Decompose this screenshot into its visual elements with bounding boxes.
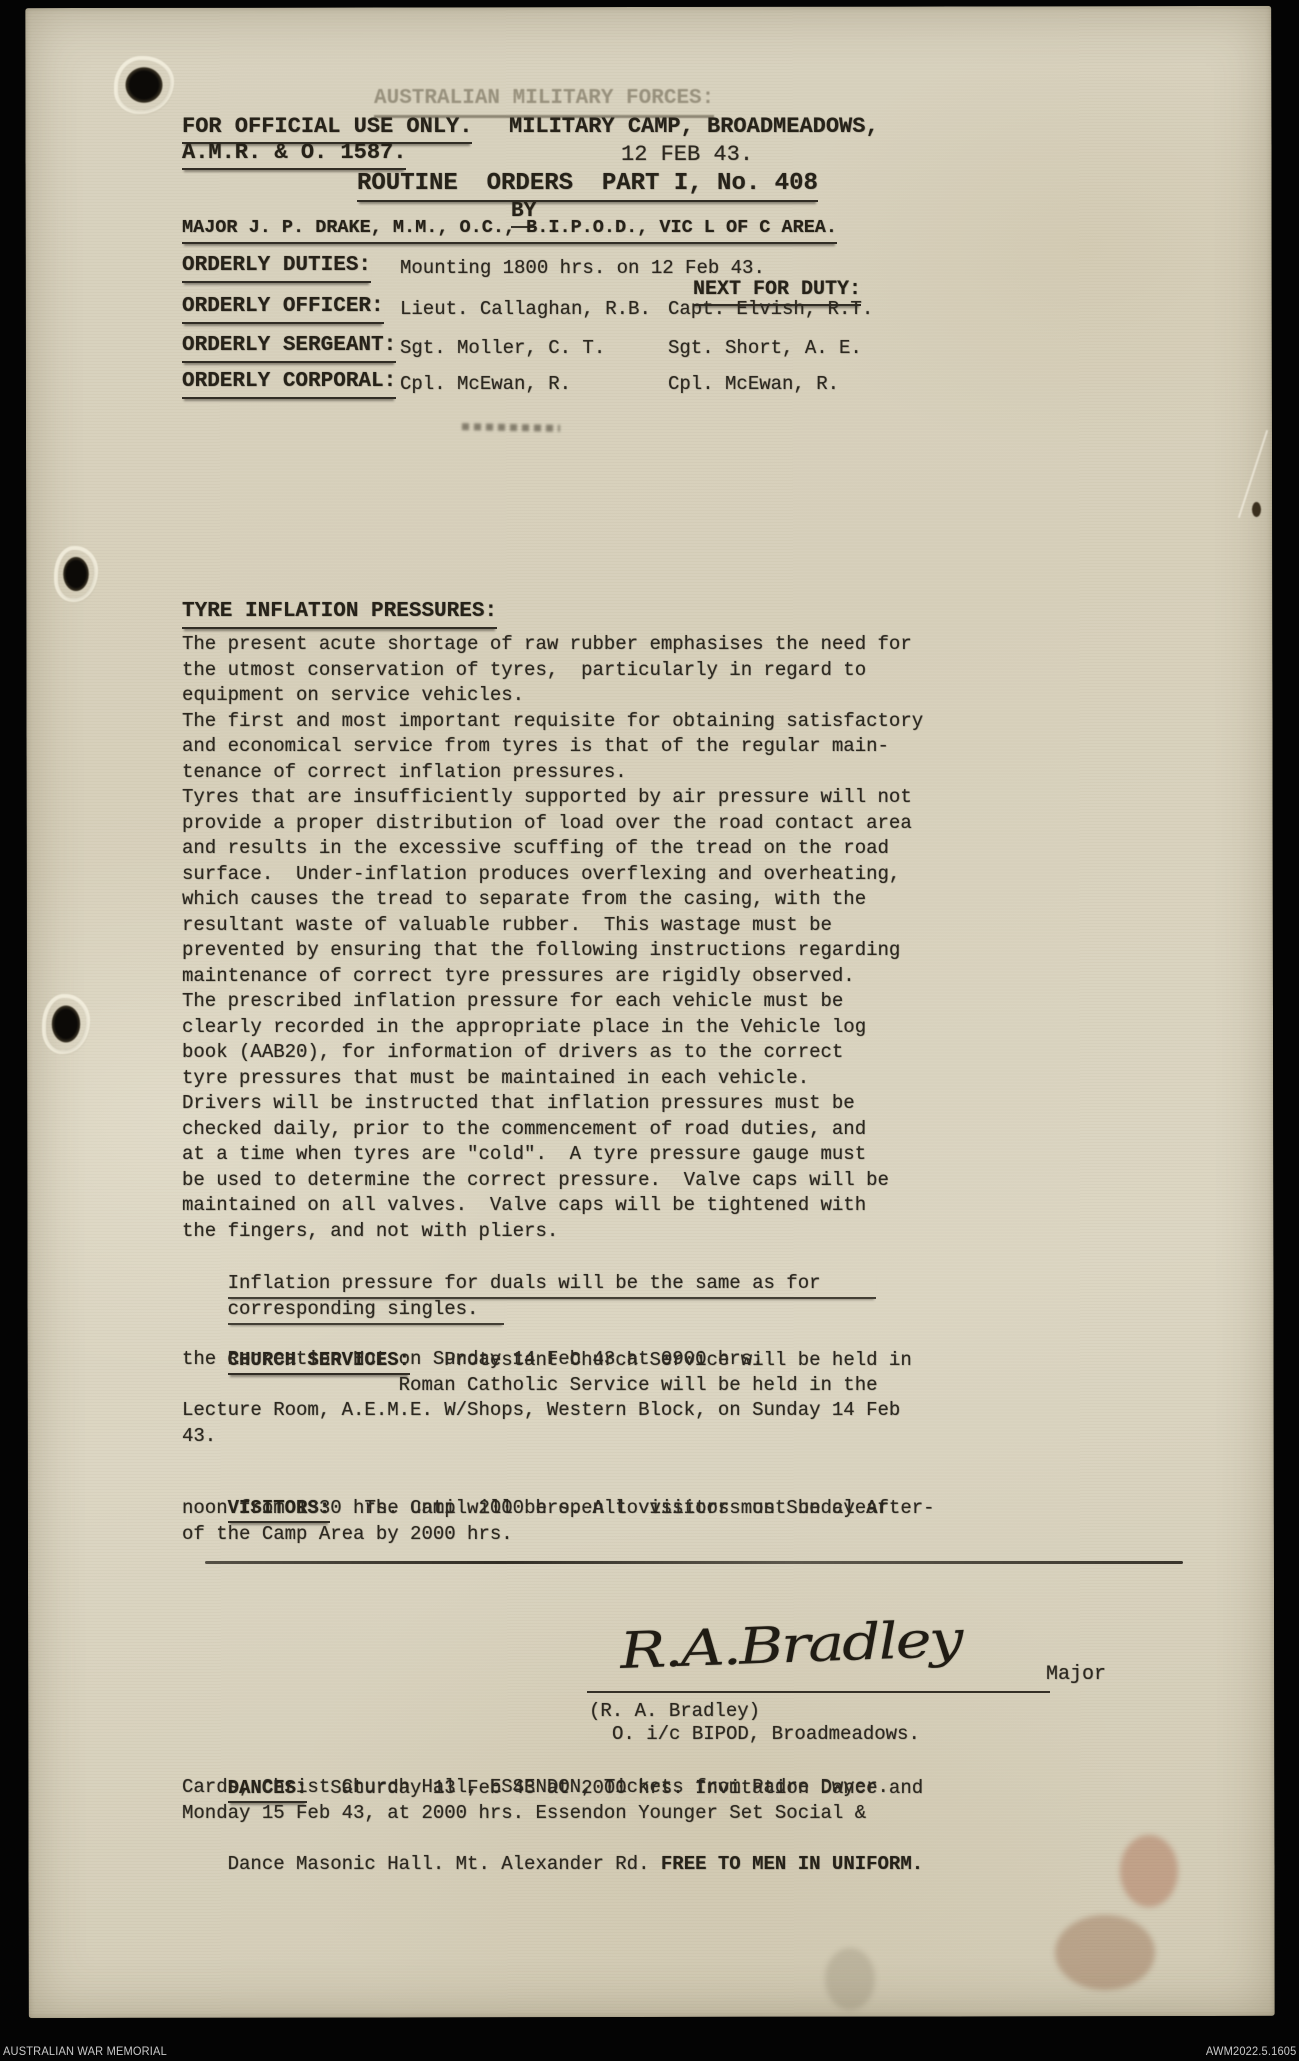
divider-rule xyxy=(205,1561,1183,1564)
text-line: noon from 1330 hrs. until 2000 hrs. All … xyxy=(182,1496,889,1522)
camp-name: MILITARY CAMP, BROADMEADOWS, xyxy=(509,113,879,140)
text-line: tenance of correct inflation pressures. xyxy=(182,760,923,786)
order-date: 12 FEB 43. xyxy=(621,141,753,168)
text-line: provide a proper distribution of load ov… xyxy=(182,811,923,837)
tyre-section-body: The present acute shortage of raw rubber… xyxy=(182,632,923,1244)
text-line: of the Camp Area by 2000 hrs. xyxy=(182,1522,889,1548)
signature-unit: O. i/c BIPOD, Broadmeadows. xyxy=(612,1722,920,1748)
paper-speck xyxy=(1252,502,1261,517)
text-line: The first and most important requisite f… xyxy=(182,709,923,735)
text-line: 43. xyxy=(182,1424,900,1450)
signature-rank: Major xyxy=(1046,1662,1106,1687)
issuing-officer-line: MAJOR J. P. DRAKE, M.M., O.C., B.I.P.O.D… xyxy=(182,216,837,244)
text-line: maintenance of correct tyre pressures ar… xyxy=(182,964,923,990)
signature-script: R.A.Bradley xyxy=(618,1610,962,1680)
text-line: which causes the tread to separate from … xyxy=(182,887,923,913)
text-line: Monday 15 Feb 43, at 2000 hrs. Essendon … xyxy=(182,1801,889,1827)
duty-row-current: Cpl. McEwan, R. xyxy=(400,372,571,398)
duty-row-label: ORDERLY SERGEANT: xyxy=(182,333,396,363)
text-line: clearly recorded in the appropriate plac… xyxy=(182,1015,923,1041)
text-line: The present acute shortage of raw rubber… xyxy=(182,632,923,658)
text-line: Lecture Room, A.E.M.E. W/Shops, Western … xyxy=(182,1398,900,1424)
text-line: maintained on all valves. Valve caps wil… xyxy=(182,1193,923,1219)
free-to-men-in-uniform: FREE TO MEN IN UNIFORM. xyxy=(661,1853,923,1875)
text-line: be used to determine the correct pressur… xyxy=(182,1168,923,1194)
signature-rule xyxy=(587,1691,1050,1693)
duty-row-current: Sgt. Moller, C. T. xyxy=(400,336,605,362)
text-line: the utmost conservation of tyres, partic… xyxy=(182,658,923,684)
text-line: The prescribed inflation pressure for ea… xyxy=(182,989,923,1015)
stain xyxy=(1120,1835,1178,1907)
emphasized-text: corresponding singles. xyxy=(228,1297,505,1326)
archive-institution-caption: AUSTRALIAN WAR MEMORIAL xyxy=(3,2044,167,2058)
orderly-duties-label: ORDERLY DUTIES: xyxy=(182,253,371,283)
text-line: surface. Under-inflation produces overfl… xyxy=(182,862,923,888)
text-line: the Recreation Hut on Sunday 14 Feb 43 a… xyxy=(182,1347,900,1373)
text-line: book (AAB20), for information of drivers… xyxy=(182,1040,923,1066)
text-line: Roman Catholic Service will be held in t… xyxy=(182,1373,900,1399)
text-line: at a time when tyres are "cold". A tyre … xyxy=(182,1142,923,1168)
signature-name: (R. A. Bradley) xyxy=(589,1699,760,1725)
duty-row-next: Capt. Elvish, R.T. xyxy=(668,297,873,323)
text-line: the fingers, and not with pliers. xyxy=(182,1219,923,1245)
text-line: and economical service from tyres is tha… xyxy=(182,734,923,760)
text-line: Tyres that are insufficiently supported … xyxy=(182,785,923,811)
text-line: checked daily, prior to the commencement… xyxy=(182,1117,923,1143)
stain xyxy=(825,1948,875,2010)
text-line: tyre pressures that must be maintained i… xyxy=(182,1066,923,1092)
photographed-document: AUSTRALIAN MILITARY FORCES: FOR OFFICIAL… xyxy=(0,0,1299,2061)
visitors-body: noon from 1330 hrs. until 2000 hrs. All … xyxy=(182,1496,889,1547)
text-line: and results in the excessive scuffing of… xyxy=(182,836,923,862)
text-line: Drivers will be instructed that inflatio… xyxy=(182,1091,923,1117)
duty-row-next: Sgt. Short, A. E. xyxy=(668,336,862,362)
duty-row-current: Lieut. Callaghan, R.B. xyxy=(400,297,651,323)
dances-body: Cards, Christ Church Hall, ESSENDON, Tic… xyxy=(182,1775,889,1826)
text-line: resultant waste of valuable rubber. This… xyxy=(182,913,923,939)
text-line: equipment on service vehicles. xyxy=(182,683,923,709)
amro-number: A.M.R. & O. 1587. xyxy=(182,139,406,170)
archive-reference-caption: AWM2022.5.1605 xyxy=(1205,2044,1296,2058)
text-line: prevented by ensuring that the following… xyxy=(182,938,923,964)
duty-row-label: ORDERLY CORPORAL: xyxy=(182,369,396,399)
dances-last-line: Dance Masonic Hall. Mt. Alexander Rd. FR… xyxy=(182,1826,923,1903)
church-services-body: the Recreation Hut on Sunday 14 Feb 43 a… xyxy=(182,1347,900,1449)
text-line: Cards, Christ Church Hall, ESSENDON, Tic… xyxy=(182,1775,889,1801)
dances-text: Dance Masonic Hall. Mt. Alexander Rd. xyxy=(228,1853,661,1875)
document-title: ROUTINE ORDERS PART I, No. 408 xyxy=(357,169,818,202)
stain xyxy=(1055,1915,1155,1990)
duty-row-next: Cpl. McEwan, R. xyxy=(668,372,839,398)
duty-row-label: ORDERLY OFFICER: xyxy=(182,294,384,324)
tyre-section-heading: TYRE INFLATION PRESSURES: xyxy=(182,599,497,629)
